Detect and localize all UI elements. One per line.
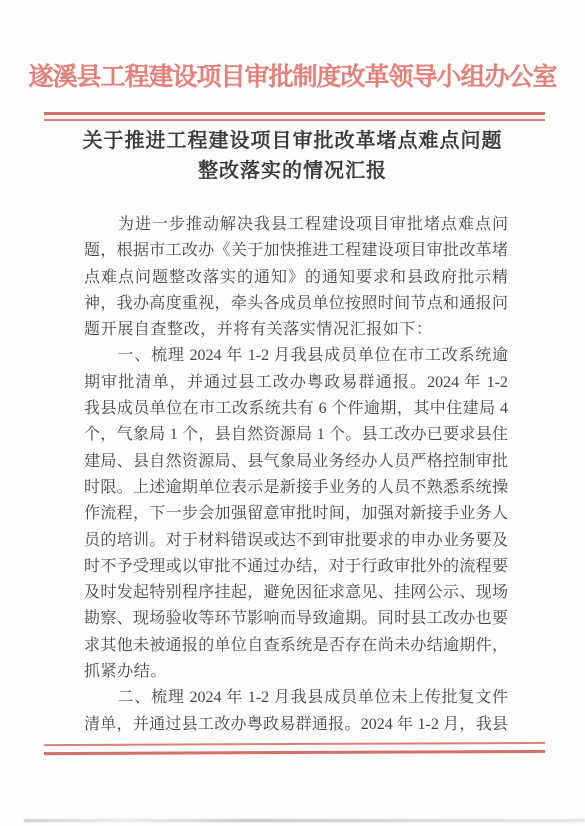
document-title-line2: 整改落实的情况汇报 — [0, 156, 585, 186]
body-line: 建局、县自然资源局、县气象局业务经办人员严格控制审批 — [84, 449, 508, 475]
body-line: 作流程，下一步会加强留意审批时间，加强对新接手业务人 — [84, 501, 508, 527]
body-line: 期审批清单，并通过县工改办粤政易群通报。2024 年 1-2 月， — [84, 370, 508, 396]
body-line: 抓紧办结。 — [84, 659, 508, 685]
footer-rule-thick — [44, 750, 545, 755]
body-line: 神，我办高度重视，牵头各成员单位按照时间节点和通报问 — [84, 291, 508, 317]
body-line: 我县成员单位在市工改系统共有 6 个件逾期，其中住建局 4 — [84, 396, 508, 422]
body-line: 二、梳理 2024 年 1-2 月我县成员单位未上传批复文件 — [84, 685, 508, 711]
body-line: 为进一步推动解决我县工程建设项目审批堵点难点问 — [84, 212, 508, 238]
scan-artifact-bottom-edge — [24, 819, 585, 822]
document-body: 为进一步推动解决我县工程建设项目审批堵点难点问题，根据市工改办《关于加快推进工程… — [84, 212, 508, 738]
body-line: 求其他未被通报的单位自查系统是否存在尚未办结逾期件， — [84, 633, 508, 659]
body-line: 时限。上述逾期单位表示是新接手业务的人员不熟悉系统操 — [84, 475, 508, 501]
body-line: 勘察、现场验收等环节影响而导致逾期。同时县工改办也要 — [84, 606, 508, 632]
document-title: 关于推进工程建设项目审批改革堵点难点问题 整改落实的情况汇报 — [0, 126, 585, 186]
body-line: 个，气象局 1 个，县自然资源局 1 个。县工改办已要求县住 — [84, 422, 508, 448]
body-line: 题，根据市工改办《关于加快推进工程建设项目审批改革堵 — [84, 238, 508, 264]
letterhead-rule-thick — [44, 112, 545, 115]
document-title-line1: 关于推进工程建设项目审批改革堵点难点问题 — [0, 126, 585, 156]
body-line: 清单，并通过县工改办粤政易群通报。2024 年 1-2 月，我县 — [84, 712, 508, 738]
letterhead-rule-thin — [44, 119, 545, 121]
letterhead-agency-title: 遂溪县工程建设项目审批制度改革领导小组办公室 — [0, 56, 585, 100]
scanned-document-page: 遂溪县工程建设项目审批制度改革领导小组办公室 关于推进工程建设项目审批改革堵点难… — [0, 0, 585, 826]
body-line: 员的培训。对于材料错误或达不到审批要求的申办业务要及 — [84, 528, 508, 554]
footer-rule-thin — [44, 742, 545, 746]
body-line: 一、梳理 2024 年 1-2 月我县成员单位在市工改系统逾 — [84, 343, 508, 369]
body-line: 题开展自查整改，并将有关落实情况汇报如下： — [84, 317, 508, 343]
body-line: 及时发起特别程序挂起，避免因征求意见、挂网公示、现场 — [84, 580, 508, 606]
body-line: 点难点问题整改落实的通知》的通知要求和县政府批示精 — [84, 265, 508, 291]
body-line: 时不予受理或以审批不通过办结，对于行政审批外的流程要 — [84, 554, 508, 580]
